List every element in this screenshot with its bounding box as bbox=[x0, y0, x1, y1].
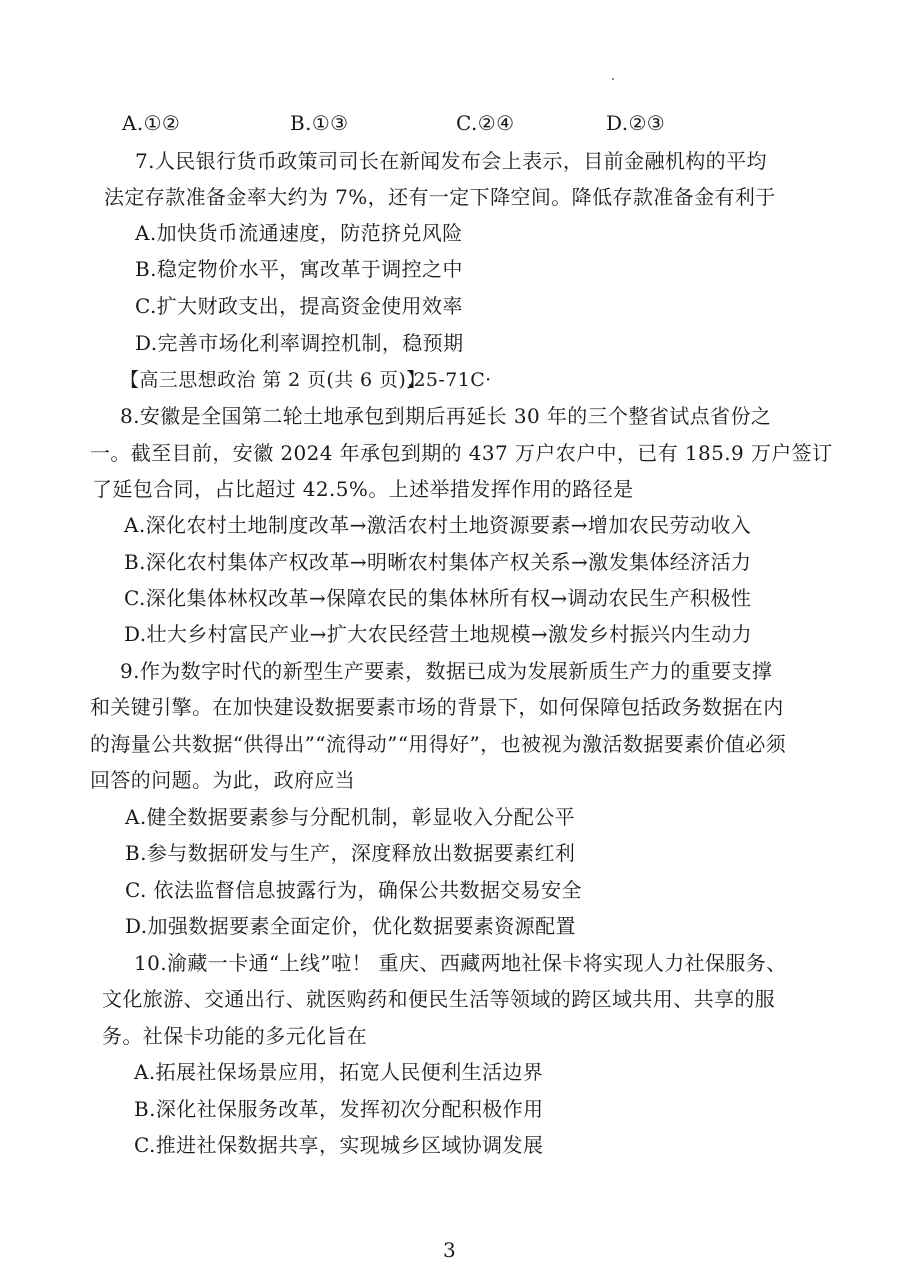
question-9-option-a: A.健全数据要素参与分配机制，彰显收入分配公平 bbox=[125, 804, 575, 830]
exam-page: A.①② B.①③ C.②④ D.②③ 7.人民银行货币政策司司长在新闻发布会上… bbox=[0, 0, 900, 1273]
page-footer-mark-right: ,25-71C· bbox=[407, 367, 492, 393]
question-10-option-c: C.推进社保数据共享，实现城乡区域协调发展 bbox=[134, 1132, 543, 1158]
question-9-option-b: B.参与数据研发与生产，深度释放出数据要素红利 bbox=[125, 840, 575, 866]
scan-speck bbox=[612, 78, 614, 80]
question-8-stem-line-2: 一。截至目前，安徽 2024 年承包到期的 437 万户农户中，已有 185.9… bbox=[90, 440, 832, 466]
question-7-stem-line-1: 7.人民银行货币政策司司长在新闻发布会上表示，目前金融机构的平均 bbox=[135, 148, 767, 174]
question-10-stem-line-3: 务。社保卡功能的多元化旨在 bbox=[102, 1023, 367, 1049]
question-7-option-c: C.扩大财政支出，提高资金使用效率 bbox=[135, 293, 463, 319]
option-c: C.②④ bbox=[456, 110, 514, 136]
question-8-option-c: C.深化集体林权改革→保障农民的集体林所有权→调动农民生产积极性 bbox=[124, 585, 751, 611]
option-b: B.①③ bbox=[290, 110, 349, 136]
question-10-option-b: B.深化社保服务改革，发挥初次分配积极作用 bbox=[134, 1096, 543, 1122]
question-7-option-d: D.完善市场化利率调控机制，稳预期 bbox=[135, 330, 463, 356]
question-7-option-b: B.稳定物价水平，寓改革于调控之中 bbox=[135, 256, 463, 282]
question-10-stem-line-2: 文化旅游、交通出行、就医购药和便民生活等领域的跨区域共用、共享的服 bbox=[102, 986, 775, 1012]
question-8-stem-line-1: 8.安徽是全国第二轮土地承包到期后再延长 30 年的三个整省试点省份之 bbox=[120, 403, 771, 429]
prev-question-options: A.①② B.①③ C.②④ D.②③ bbox=[0, 110, 900, 136]
question-7-stem-line-2: 法定存款准备金率大约为 7%，还有一定下降空间。降低存款准备金有利于 bbox=[104, 184, 776, 210]
question-9-option-d: D.加强数据要素全面定价，优化数据要素资源配置 bbox=[125, 913, 576, 939]
question-8-option-d: D.壮大乡村富民产业→扩大农民经营土地规模→激发乡村振兴内生动力 bbox=[124, 621, 752, 647]
question-10-stem-line-1: 10.渝藏一卡通“上线”啦！ 重庆、西藏两地社保卡将实现人力社保服务、 bbox=[134, 950, 787, 976]
question-9-stem-line-1: 9.作为数字时代的新型生产要素，数据已成为发展新质生产力的重要支撑 bbox=[120, 658, 772, 684]
question-10-option-a: A.拓展社保场景应用，拓宽人民便利生活边界 bbox=[134, 1059, 543, 1085]
page-footer-mark-left: 【高三思想政治 第 2 页(共 6 页)】 bbox=[120, 367, 426, 393]
option-a: A.①② bbox=[122, 110, 180, 136]
question-8-stem-line-3: 了延包合同，占比超过 42.5%。上述举措发挥作用的路径是 bbox=[92, 476, 634, 502]
question-8-option-b: B.深化农村集体产权改革→明晰农村集体产权关系→激发集体经济活力 bbox=[124, 549, 751, 575]
question-9-stem-line-2: 和关键引擎。在加快建设数据要素市场的背景下，如何保障包括政务数据在内 bbox=[90, 694, 784, 720]
question-9-stem-line-3: 的海量公共数据“供得出”“流得动”“用得好”，也被视为激活数据要素价值必须 bbox=[90, 731, 786, 757]
question-7-option-a: A.加快货币流通速度，防范挤兑风险 bbox=[135, 220, 463, 246]
page-number: 3 bbox=[443, 1237, 456, 1263]
question-9-stem-line-4: 回答的问题。为此，政府应当 bbox=[90, 767, 355, 793]
question-9-option-c: C. 依法监督信息披露行为，确保公共数据交易安全 bbox=[125, 877, 582, 903]
option-d: D.②③ bbox=[606, 110, 665, 136]
question-8-option-a: A.深化农村土地制度改革→激活农村土地资源要素→增加农民劳动收入 bbox=[124, 512, 751, 538]
